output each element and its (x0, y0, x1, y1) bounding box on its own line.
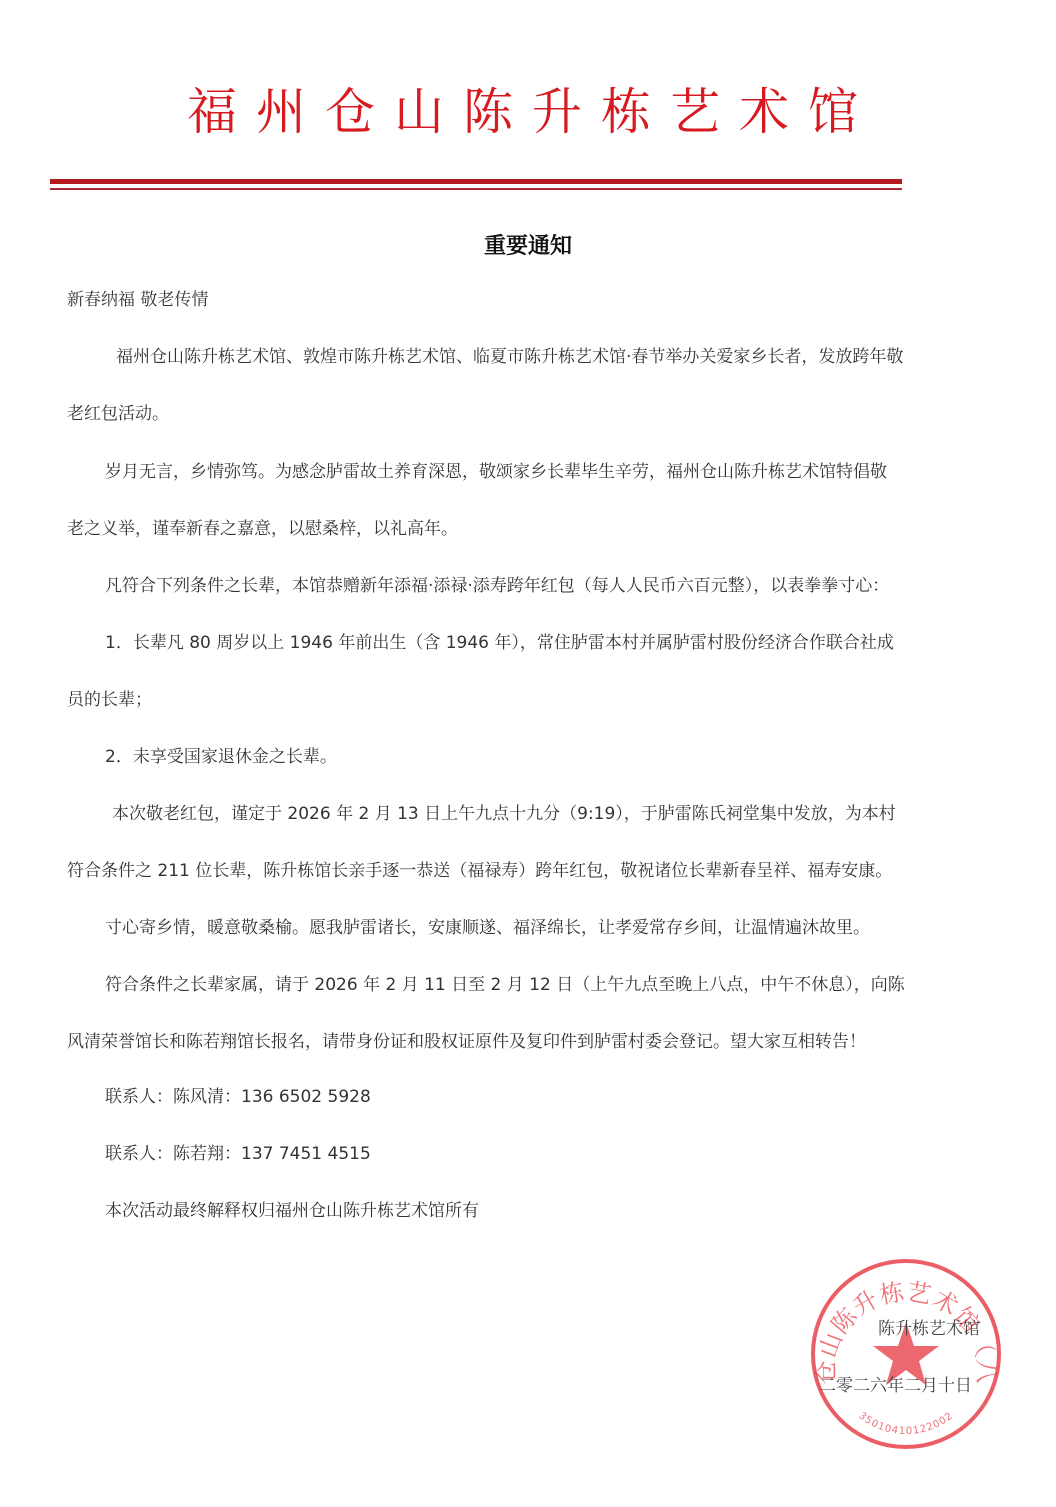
letterhead-rule-thick (50, 179, 902, 184)
signature-org: 陈升栋艺术馆 (878, 1314, 980, 1339)
condition-item-2: 2．未享受国家退休金之长辈。 (105, 745, 337, 769)
contact-2: 联系人：陈若翔：137 7451 4515 (105, 1142, 371, 1166)
paragraph-distribution-line-1: 本次敬老红包，谨定于 2026 年 2 月 13 日上午九点十九分（9:19），… (112, 802, 896, 826)
letterhead: 福州仓山陈升栋艺术馆 (0, 82, 1056, 142)
document-subtitle: 新春纳福 敬老传情 (67, 288, 208, 312)
signature-date: 二零二六年二月十日 (819, 1371, 972, 1396)
paragraph-intro-line-1: 福州仓山陈升栋艺术馆、敦煌市陈升栋艺术馆、临夏市陈升栋艺术馆·春节举办关爱家乡长… (116, 345, 903, 369)
letterhead-org-name: 福州仓山陈升栋艺术馆 (0, 82, 1056, 142)
paragraph-gratitude-line-1: 岁月无言，乡情弥笃。为感念胪雷故土养育深恩，敬颂家乡长辈毕生辛劳，福州仓山陈升栋… (105, 460, 887, 484)
contact-1-label: 联系人：陈风清： (105, 1087, 241, 1107)
paragraph-intro-line-2: 老红包活动。 (67, 402, 169, 426)
condition-item-1-line-2: 员的长辈； (67, 688, 152, 712)
paragraph-gratitude-line-2: 老之义举，谨奉新春之嘉意，以慰桑梓，以礼高年。 (67, 517, 458, 541)
official-seal-stamp: 福州仓山陈升栋艺术馆（八闽） 35010410122002 (808, 1256, 1004, 1452)
paragraph-conditions-intro: 凡符合下列条件之长辈，本馆恭赠新年添福·添禄·添寿跨年红包（每人人民币六百元整）… (105, 574, 889, 598)
contact-1-phone[interactable]: 136 6502 5928 (241, 1087, 371, 1107)
contact-2-label: 联系人：陈若翔： (105, 1144, 241, 1164)
paragraph-registration-line-1: 符合条件之长辈家属，请于 2026 年 2 月 11 日至 2 月 12 日（上… (105, 973, 905, 997)
paragraph-distribution-line-2: 符合条件之 211 位长辈，陈升栋馆长亲手逐一恭送（福禄寿）跨年红包，敬祝诸位长… (67, 859, 892, 883)
disclaimer: 本次活动最终解释权归福州仓山陈升栋艺术馆所有 (105, 1199, 479, 1223)
svg-text:35010410122002: 35010410122002 (856, 1410, 955, 1437)
paragraph-registration-line-2: 风清荣誉馆长和陈若翔馆长报名，请带身份证和股权证原件及复印件到胪雷村委会登记。望… (67, 1030, 866, 1054)
contact-2-phone[interactable]: 137 7451 4515 (241, 1144, 371, 1164)
condition-item-1-line-1: 1．长辈凡 80 周岁以上 1946 年前出生（含 1946 年），常住胪雷本村… (105, 631, 894, 655)
stamp-number: 35010410122002 (856, 1410, 955, 1437)
paragraph-blessing: 寸心寄乡情，暖意敬桑榆。愿我胪雷诸长，安康顺遂、福泽绵长，让孝爱常存乡间，让温情… (105, 916, 870, 940)
letterhead-rule-thin (50, 188, 902, 190)
contact-1: 联系人：陈风清：136 6502 5928 (105, 1085, 371, 1109)
document-title: 重要通知 (0, 229, 1056, 260)
